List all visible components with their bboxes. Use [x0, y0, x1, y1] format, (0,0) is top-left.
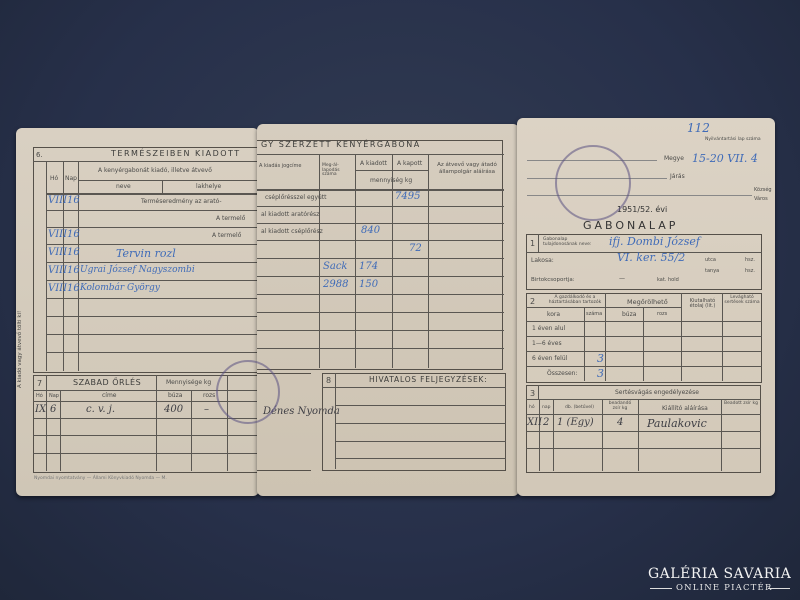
mill-wheat: 400	[164, 405, 183, 415]
watermark-rule-left	[650, 588, 672, 589]
section8-title: HIVATALOS FELJEGYZÉSEK:	[369, 375, 488, 384]
s3-day: 2	[543, 418, 549, 428]
watermark-rule-right	[768, 588, 790, 589]
row1-text: Terméseredmény az arató-	[141, 199, 222, 205]
birtok-value: —	[619, 276, 625, 282]
s2-col-szama: száma	[586, 312, 602, 317]
left-panel: 6. TERMÉSZEIBEN KIADOTT A kiadó vagy átv…	[16, 128, 259, 496]
row-month: VIII	[48, 266, 67, 276]
hsz-label-2: hsz.	[745, 269, 755, 274]
col-kapott: A kapott	[397, 161, 422, 167]
s2-col-buza: búza	[622, 312, 636, 318]
s2-col-kora: kora	[547, 312, 560, 318]
round-stamp-left	[216, 360, 280, 424]
holder-label: Gabonalap tulajdonosának neve:	[543, 238, 603, 247]
s3-col-kiallito: Kiállító aláírása	[662, 406, 708, 412]
row-month: VIII	[48, 230, 67, 240]
s3-signature: Paulakovic	[647, 418, 707, 429]
s2-row-count: 3	[597, 368, 604, 379]
r5-kiadott: 174	[359, 262, 378, 272]
row2-text: A termelő	[216, 216, 245, 222]
document-title: GABONALAP	[583, 219, 678, 232]
r4-kapott: 72	[409, 244, 422, 254]
col-issuer: A kenyérgabonát kiadó, illetve átvevő	[98, 168, 212, 174]
row-name: Ugrai József Nagyszombi	[80, 266, 195, 275]
section7-title: SZABAD ŐRLÉS	[73, 378, 141, 387]
lakosa-label: Lakosa:	[531, 258, 554, 264]
col-kiadott: A kiadott	[360, 161, 387, 167]
row1-text: cséplőrésszel együtt	[265, 195, 327, 201]
r5-ref: Sack	[323, 262, 347, 272]
row3-text: A termelő	[212, 233, 241, 239]
mill-month: IX	[35, 405, 46, 415]
mill-day: 6	[50, 405, 56, 415]
birtok-label: Birtokcsoportja:	[531, 278, 575, 284]
col-neve: neve	[116, 184, 131, 190]
s2-col-rozs: rozs	[657, 312, 667, 317]
row-day: 16	[67, 266, 80, 276]
row-month: VIII	[48, 284, 67, 294]
r6-kiadott: 150	[359, 280, 378, 290]
row2-text: al kiadott aratórész	[261, 212, 319, 218]
varos-label: Város	[754, 197, 768, 202]
row-day: 16	[67, 284, 80, 294]
r3-kiadott: 840	[361, 226, 380, 236]
col-nap: Nap	[49, 394, 59, 399]
middle-panel: GY SZERZETT KENYÉRGABONA A kiadás jogcím…	[257, 124, 519, 496]
hsz-label: hsz.	[745, 258, 755, 263]
section6-number: 6.	[36, 152, 43, 159]
s3-month: XII	[527, 418, 542, 428]
megye-label: Megye	[664, 156, 684, 162]
s3-fat: 4	[617, 418, 623, 428]
s2-col-kiutalhato: Kiutalható étolaj (lit.)	[684, 299, 721, 309]
record-number: 112	[687, 122, 710, 134]
s2-row-label: 1—6 éves	[532, 341, 562, 347]
round-stamp-council	[555, 145, 631, 221]
kat-hold-label: kat. hold	[657, 278, 679, 283]
s3-col-nap: nap	[542, 406, 550, 411]
col-megallapodas: Meg-ál-lapodás száma	[322, 164, 354, 178]
s2-row-count: 3	[597, 353, 604, 364]
r6-ref: 2988	[323, 280, 348, 290]
s3-col-beadott: Beadott zsír kg	[724, 402, 758, 407]
col-kiadas: A kiadás jogcíme	[259, 164, 302, 169]
s3-count: 1 (Egy)	[557, 418, 594, 428]
col-mennyiseg: Mennyisége kg	[166, 380, 211, 386]
record-label: Nyilvántartási lap száma	[705, 138, 761, 143]
s2-row-label: 6 éven felül	[532, 356, 567, 362]
col-ho: Hó	[36, 394, 43, 399]
section2-number: 2	[530, 298, 535, 306]
section3-title: Sertésvágás engedélyezése	[615, 390, 699, 396]
s3-col-db: db. (betűvel)	[565, 406, 594, 411]
row-day: 16	[67, 230, 80, 240]
holder-name: ifj. Dombi József	[609, 236, 700, 247]
s3-col-ho: hó	[529, 406, 535, 411]
section7-number: 7	[37, 380, 42, 388]
jaras-label: Járás	[670, 174, 685, 180]
row-day: 16	[67, 248, 80, 258]
section1-number: 1	[530, 240, 535, 248]
printer-footer: Nyomdai nyomtatvány — Állami Könyvkiadó …	[34, 477, 167, 482]
address-value: VI. ker. 55/2	[617, 252, 685, 263]
s2-col-megorolheto: Megőrölhető	[627, 299, 668, 306]
utca-label: utca	[705, 258, 716, 263]
watermark-title: GALÉRIA SAVARIA	[648, 566, 791, 582]
s2-row-label: Összesen:	[547, 371, 577, 377]
mill-address: c. v. j.	[86, 405, 115, 415]
col-buza: búza	[168, 393, 182, 399]
row3-text: al kiadott cséplőrész	[261, 229, 323, 235]
mill-rye: –	[204, 405, 209, 415]
row-month: VIII	[48, 196, 67, 206]
year-label: 1951/52. évi	[617, 206, 667, 214]
col-ho: Hó	[50, 176, 58, 182]
megye-value: 15-20 VII. 4	[692, 153, 758, 164]
side-label: A kiadó vagy átvevő tölti ki!	[18, 311, 24, 388]
row-month: VIII	[48, 248, 67, 258]
section6-title-left: TERMÉSZEIBEN KIADOTT	[111, 149, 241, 158]
s2-col-household: A gazdálkodó és a háztartásában tartozók	[544, 296, 606, 305]
s2-col-levaghato: Levágható sertések száma	[724, 296, 760, 305]
row-name: Kolombár György	[80, 284, 160, 293]
col-cime: címe	[102, 393, 117, 399]
col-rozs: rozs	[203, 393, 215, 399]
kozseg-label: Község	[754, 188, 772, 193]
section6-title-right: GY SZERZETT KENYÉRGABONA	[261, 140, 421, 149]
section3-number: 3	[530, 390, 535, 398]
row-day: 16	[67, 196, 80, 206]
col-lakhelye: lakhelye	[196, 184, 221, 190]
col-signature: Az átvevő vagy átadó állampolgár aláírás…	[435, 162, 499, 176]
col-nap: Nap	[65, 176, 77, 182]
watermark-subtitle: ONLINE PIACTÉR	[676, 583, 773, 593]
section8-number: 8	[326, 377, 331, 385]
s3-col-beadando: beadandó zsír kg	[605, 402, 635, 411]
col-mennyiseg: mennyiség kg	[370, 178, 412, 184]
tanya-label: tanya	[705, 269, 719, 274]
s2-row-label: 1 éven alul	[532, 326, 565, 332]
r1-kapott: 7495	[395, 192, 420, 202]
row-name: Tervin rozl	[116, 248, 176, 259]
